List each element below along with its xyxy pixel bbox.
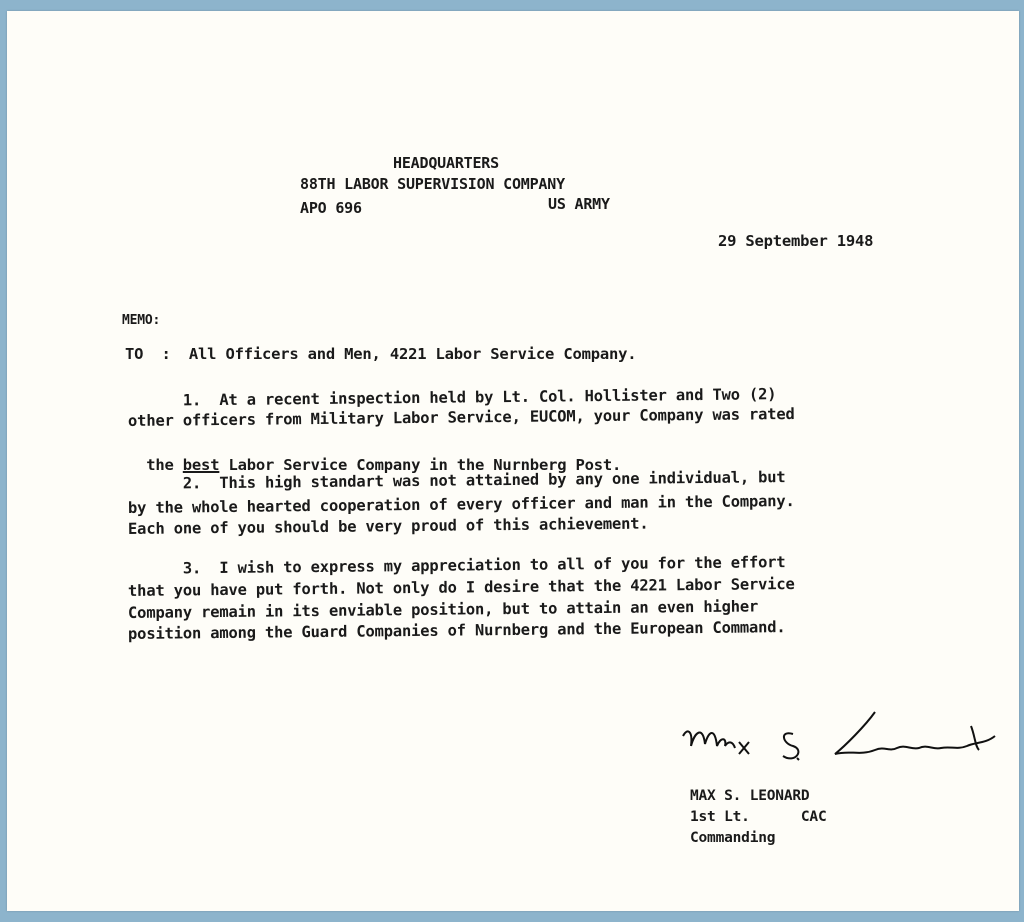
paragraph-1-line-3: the best Labor Service Company in the Nu… <box>128 438 621 474</box>
handwritten-signature <box>675 706 1005 776</box>
paragraph-1-text-a: the <box>146 456 183 474</box>
memo-date: 29 September 1948 <box>718 232 873 250</box>
letterhead-apo: APO 696 <box>300 199 362 217</box>
letterhead-company: 88TH LABOR SUPERVISION COMPANY <box>300 175 565 193</box>
letterhead-army: US ARMY <box>548 195 610 213</box>
letterhead-headquarters: HEADQUARTERS <box>393 154 499 172</box>
memo-recipients: TO : All Officers and Men, 4221 Labor Se… <box>125 345 636 363</box>
signer-title: Commanding <box>690 830 775 846</box>
signer-name: MAX S. LEONARD <box>690 788 809 804</box>
memo-label: MEMO: <box>122 313 160 328</box>
signer-rank: 1st Lt. CAC <box>690 809 826 825</box>
underlined-best: best <box>183 456 220 474</box>
